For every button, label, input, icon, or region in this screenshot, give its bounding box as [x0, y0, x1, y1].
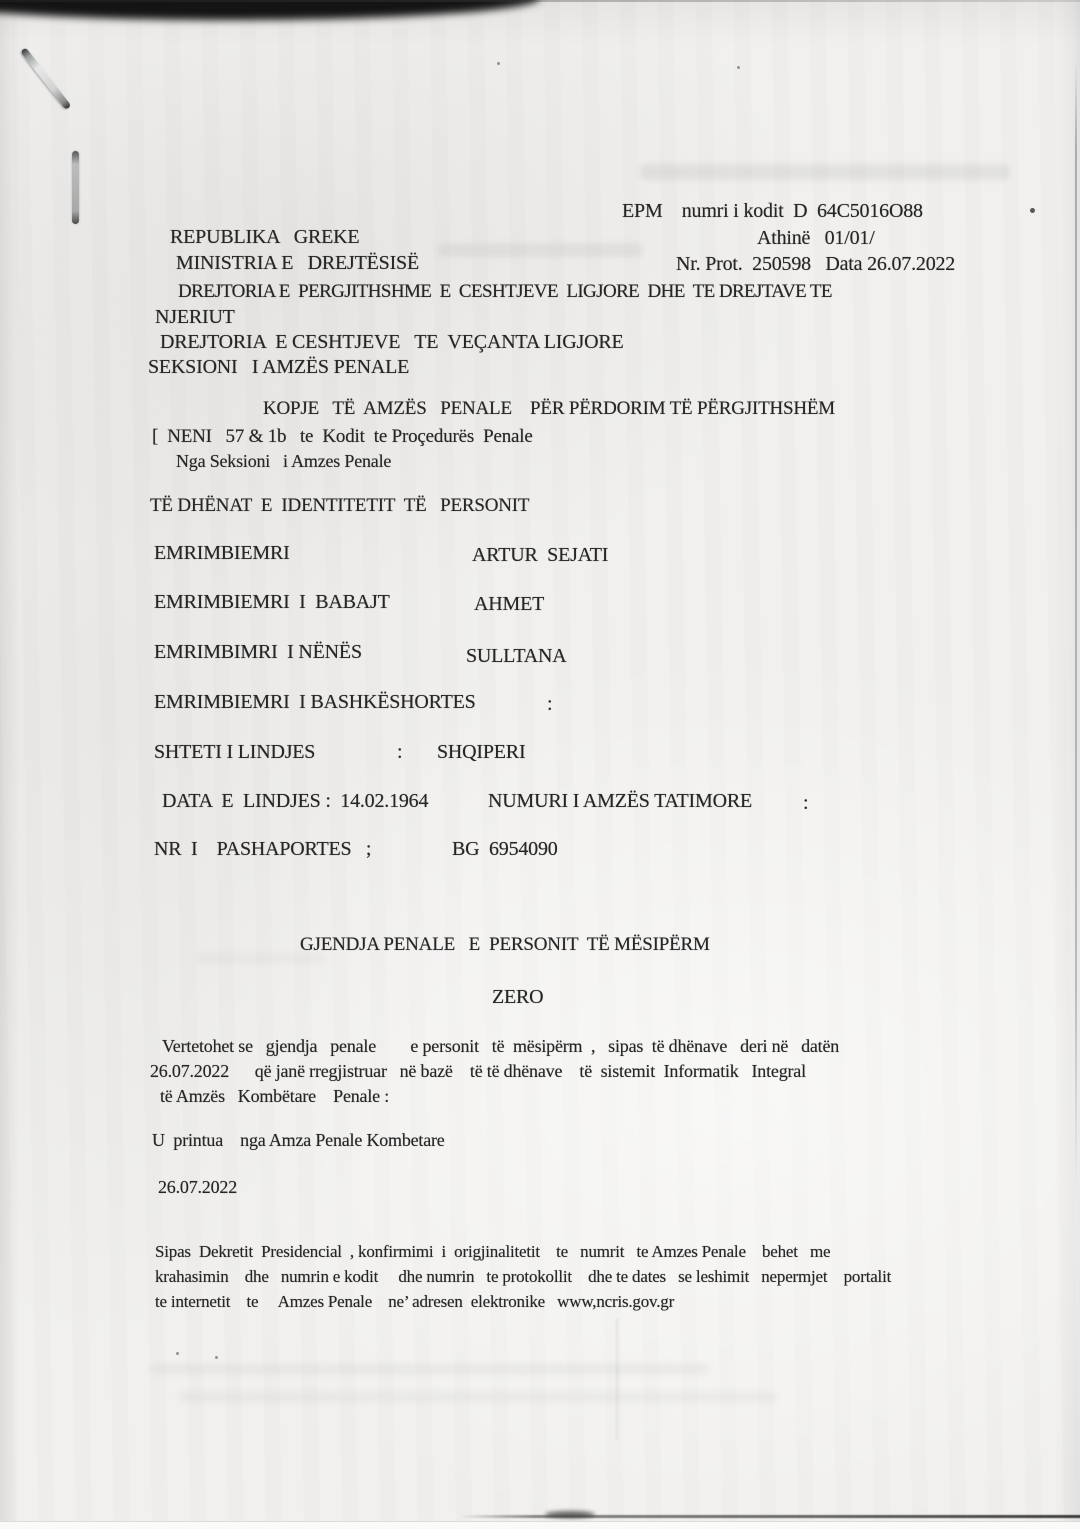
- passport-label: NR I PASHAPORTES ;: [154, 838, 371, 861]
- birth-country-label: SHTETI I LINDJES: [154, 741, 315, 764]
- certification-line-3: të Amzës Kombëtare Penale :: [160, 1086, 389, 1107]
- certification-line-1: Vertetohet se gjendja penale e personit …: [162, 1036, 839, 1057]
- page-right-edge-line: [1075, 60, 1077, 1190]
- identity-heading: TË DHËNAT E IDENTITETIT TË PERSONIT: [150, 495, 529, 517]
- paper-speck: [176, 1352, 179, 1355]
- ministry-line: MINISTRIA E DREJTËSISË: [176, 252, 419, 275]
- bleed-through-ghost: [438, 243, 643, 257]
- printed-by-line: U printua nga Amza Penale Kombetare: [152, 1130, 445, 1151]
- paper-crease: [616, 1318, 618, 1440]
- directorate-general-line2: NJERIUT: [155, 306, 235, 329]
- epm-code-line: EPM numri i kodit D 64C5016O88: [622, 200, 923, 223]
- staple-mark-diagonal: [20, 47, 71, 110]
- spouse-name-label: EMRIMBIEMRI I BASHKËSHORTES: [154, 691, 476, 714]
- mother-name-label: EMRIMBIMRI I NËNËS: [154, 641, 362, 664]
- father-name-label: EMRIMBIEMRI I BABAJT: [154, 591, 390, 614]
- printed-date: 26.07.2022: [158, 1177, 237, 1198]
- tax-number-label: NUMURI I AMZËS TATIMORE: [488, 790, 752, 813]
- footer-note-line-3: te internetit te Amzes Penale ne’ adrese…: [155, 1292, 674, 1312]
- paper-speck: [497, 62, 500, 65]
- republic-line: REPUBLIKA GREKE: [170, 226, 359, 249]
- mother-name-value: SULLTANA: [466, 645, 567, 668]
- father-name-value: AHMET: [474, 593, 544, 616]
- name-value: ARTUR SEJATI: [472, 544, 608, 567]
- birth-country-value: SHQIPERI: [437, 741, 525, 764]
- issuer-line: Nga Seksioni i Amzes Penale: [176, 451, 391, 472]
- bleed-through-ghost: [150, 1363, 710, 1375]
- tax-number-colon: :: [803, 792, 808, 815]
- paper-speck: [737, 66, 740, 69]
- city-date-line: Athinë 01/01/: [757, 227, 875, 250]
- legal-reference-line: [ NENI 57 & 1b te Kodit te Proçedurës Pe…: [152, 426, 533, 448]
- birth-country-colon: :: [397, 741, 402, 764]
- status-value: ZERO: [492, 986, 543, 1009]
- directorate-general-line1: DREJTORIA E PERGJITHSHME E CESHTJEVE LIG…: [178, 281, 832, 303]
- status-heading: GJENDJA PENALE E PERSONIT TË MËSIPËRM: [300, 934, 710, 956]
- footer-note-line-1: Sipas Dekretit Presidencial , konfirmimi…: [155, 1242, 830, 1262]
- staple-mark-vertical: [72, 151, 79, 224]
- paper-speck: [215, 1356, 218, 1359]
- name-label: EMRIMBIEMRI: [154, 542, 290, 565]
- scan-edge-hairline: [0, 0, 1080, 2]
- birth-date-line: DATA E LINDJES : 14.02.1964: [162, 790, 428, 813]
- protocol-line: Nr. Prot. 250598 Data 26.07.2022: [676, 253, 955, 276]
- ink-dot: [1030, 208, 1035, 213]
- passport-value: BG 6954090: [452, 838, 558, 861]
- scanner-bottom-strip: [0, 1521, 1080, 1529]
- directorate-special-line: DREJTORIA E CESHTJEVE TE VEÇANTA LIGJORE: [160, 331, 624, 354]
- document-title: KOPJE TË AMZËS PENALE PËR PËRDORIM TË PË…: [263, 398, 835, 420]
- section-line: SEKSIONI I AMZËS PENALE: [148, 356, 409, 379]
- certification-line-2: 26.07.2022 që janë rregjistruar në bazë …: [150, 1061, 806, 1082]
- footer-note-line-2: krahasimin dhe numrin e kodit dhe numrin…: [155, 1267, 891, 1287]
- spouse-name-colon: :: [547, 693, 552, 716]
- bleed-through-ghost: [640, 164, 1010, 180]
- scan-shadow-top: [0, 0, 540, 20]
- scanned-document-page: EPM numri i kodit D 64C5016O88 REPUBLIKA…: [0, 0, 1080, 1529]
- bottom-smudge: [545, 1511, 595, 1518]
- bleed-through-ghost: [178, 1391, 778, 1403]
